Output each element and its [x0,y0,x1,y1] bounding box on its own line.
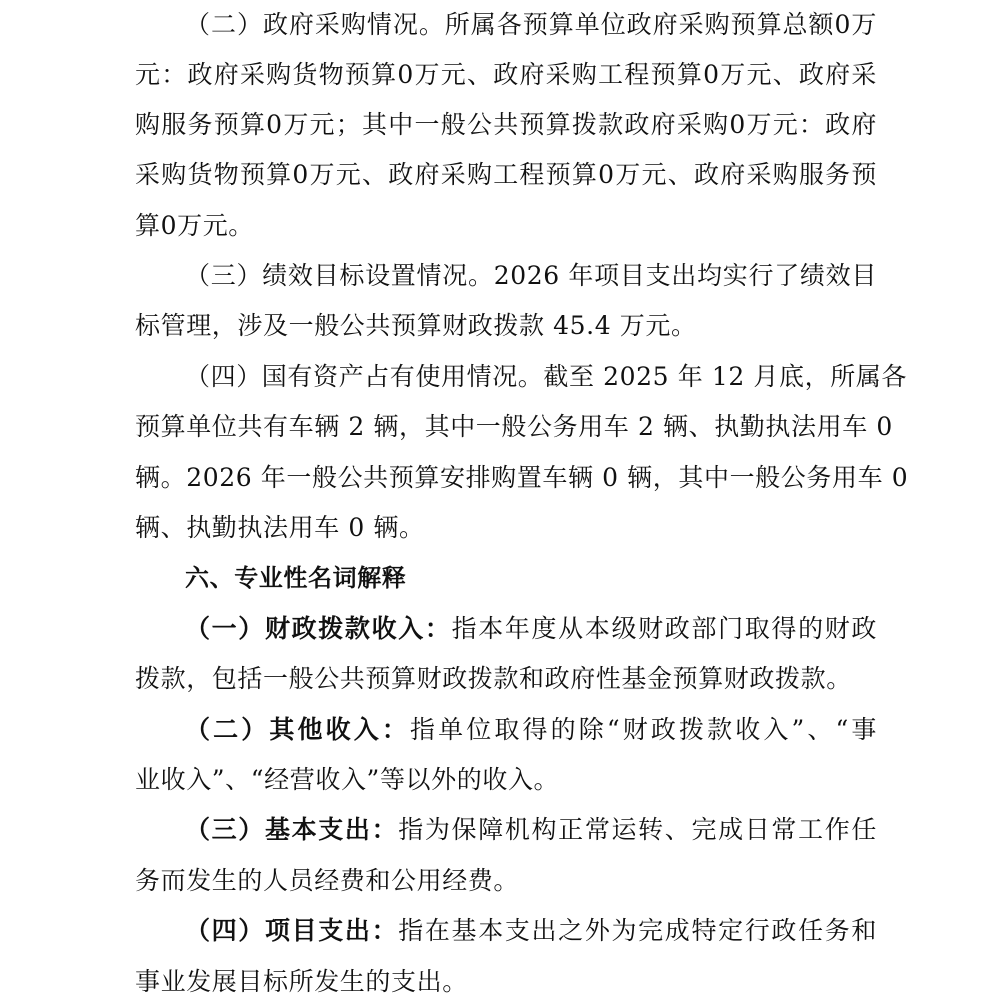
paragraph-gov-procurement-line-1: （二）政府采购情况。所属各预算单位政府采购预算总额0万 [185,0,877,50]
term-other-income-line-1: （二）其他收入：指单位取得的除“财政拨款收入”、“事 [185,705,877,755]
paragraph-gov-procurement-line-4: 采购货物预算0万元、政府采购工程预算0万元、政府采购服务预 [135,150,877,200]
paragraph-gov-procurement-line-3: 购服务预算0万元；其中一般公共预算拨款政府采购0万元：政府 [135,100,877,150]
paragraph-performance-goals-line-1: （三）绩效目标设置情况。2026 年项目支出均实行了绩效目 [185,251,877,301]
term-label: （三）基本支出： [185,815,398,844]
paragraph-state-assets-line-1: （四）国有资产占有使用情况。截至 2025 年 12 月底，所属各 [185,352,877,402]
term-label: （四）项目支出： [185,916,398,945]
paragraph-gov-procurement-line-5: 算0万元。 [135,201,254,251]
paragraph-performance-goals-line-2: 标管理，涉及一般公共预算财政拨款 45.4 万元。 [135,301,697,351]
term-label: （二）其他收入： [185,715,410,744]
term-fiscal-appropriation-line-1: （一）财政拨款收入：指本年度从本级财政部门取得的财政 [185,604,877,654]
term-basic-expenditure-line-1: （三）基本支出：指为保障机构正常运转、完成日常工作任 [185,805,877,855]
paragraph-state-assets-line-2: 预算单位共有车辆 2 辆，其中一般公务用车 2 辆、执勤执法用车 0 [135,402,877,452]
term-definition: 指单位取得的除“财政拨款收入”、“事 [410,715,877,744]
section-heading: 六、专业性名词解释 [185,553,406,603]
term-label: （一）财政拨款收入： [185,614,452,643]
term-basic-expenditure-line-2: 务而发生的人员经费和公用经费。 [135,856,519,906]
term-fiscal-appropriation-line-2: 拨款，包括一般公共预算财政拨款和政府性基金预算财政拨款。 [135,654,852,704]
paragraph-gov-procurement-line-2: 元：政府采购货物预算0万元、政府采购工程预算0万元、政府采 [135,50,877,100]
term-other-income-line-2: 业收入”、“经营收入”等以外的收入。 [135,755,559,805]
term-project-expenditure-line-2: 事业发展目标所发生的支出。 [135,957,468,1002]
term-definition: 指为保障机构正常运转、完成日常工作任 [398,815,877,844]
term-definition: 指本年度从本级财政部门取得的财政 [452,614,877,643]
term-project-expenditure-line-1: （四）项目支出：指在基本支出之外为完成特定行政任务和 [185,906,877,956]
paragraph-state-assets-line-4: 辆、执勤执法用车 0 辆。 [135,503,425,553]
term-definition: 指在基本支出之外为完成特定行政任务和 [398,916,877,945]
paragraph-state-assets-line-3: 辆。2026 年一般公共预算安排购置车辆 0 辆，其中一般公务用车 0 [135,453,877,503]
